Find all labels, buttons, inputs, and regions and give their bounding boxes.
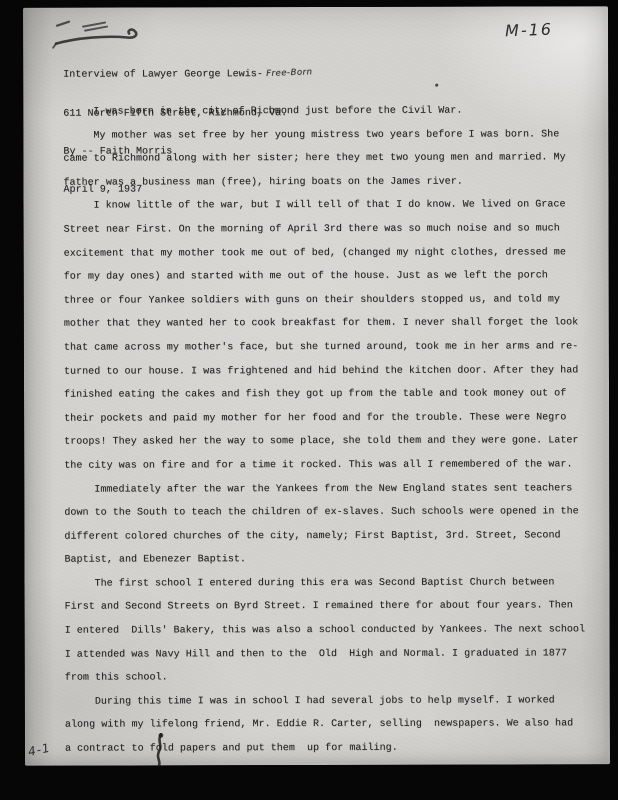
typed-line: I entered Dills' Bakery, this was also a… xyxy=(65,618,595,643)
handwritten-folio-mark: M-16 xyxy=(505,20,554,41)
handwritten-free-born-note: Free-Born xyxy=(266,67,313,81)
typed-line: The first school I entered during this e… xyxy=(64,571,594,596)
scanned-document-page: M-16 Interview of Lawyer George Lewis-Fr… xyxy=(0,0,618,800)
typed-line: Street near First. On the morning of Apr… xyxy=(64,217,594,242)
header-title-line: Interview of Lawyer George Lewis-Free-Bo… xyxy=(63,68,312,82)
typed-line: Baptist, and Ebenezer Baptist. xyxy=(64,548,594,573)
typed-line: excitement that my mother took me out of… xyxy=(64,241,594,266)
typed-line: I know little of the war, but I will tel… xyxy=(63,194,593,219)
typed-line: along with my lifelong friend, Mr. Eddie… xyxy=(65,713,595,738)
typed-line: troops! They asked her the way to some p… xyxy=(64,430,594,455)
typed-line: down to the South to teach the children … xyxy=(64,500,594,525)
handwritten-page-mark: 4-1 xyxy=(27,741,52,759)
typed-line: I attended was Navy Hill and then to the… xyxy=(65,642,595,667)
typed-line: three or four Yankee soldiers with guns … xyxy=(64,288,594,313)
typed-line: turned to our house. I was frightened an… xyxy=(64,359,594,384)
typed-line: their pockets and paid my mother for her… xyxy=(64,406,594,431)
typed-line: finished eating the cakes and fish they … xyxy=(64,382,594,407)
header-title: Interview of Lawyer George Lewis- xyxy=(63,70,263,82)
typed-line: the city was on fire and for a time it r… xyxy=(64,453,594,478)
typed-line: a contract to fold papers and put them u… xyxy=(65,736,595,761)
typed-line: My mother was set free by her young mist… xyxy=(63,123,593,148)
typed-line: from this school. xyxy=(65,666,595,691)
typed-line: Immediately after the war the Yankees fr… xyxy=(64,477,594,502)
typed-line: came to Richmond along with her sister; … xyxy=(63,146,593,171)
typed-line: father was a business man (free), hiring… xyxy=(63,170,593,195)
paper-sheet: M-16 Interview of Lawyer George Lewis-Fr… xyxy=(23,6,610,766)
typed-line: First and Second Streets on Byrd Street.… xyxy=(65,595,595,620)
ink-dot xyxy=(435,84,438,87)
typed-line: for my day ones) and started with me out… xyxy=(64,264,594,289)
typed-body: I was born in the city of Richmond just … xyxy=(63,99,595,761)
typed-line: mother that they wanted her to cook brea… xyxy=(64,312,594,337)
ink-smudge-icon xyxy=(149,731,171,767)
typed-line: different colored churches of the city, … xyxy=(64,524,594,549)
typed-line: I was born in the city of Richmond just … xyxy=(63,99,593,124)
typed-line: During this time I was in school I had s… xyxy=(65,689,595,714)
typed-line: that came across my mother's face, but s… xyxy=(64,335,594,360)
